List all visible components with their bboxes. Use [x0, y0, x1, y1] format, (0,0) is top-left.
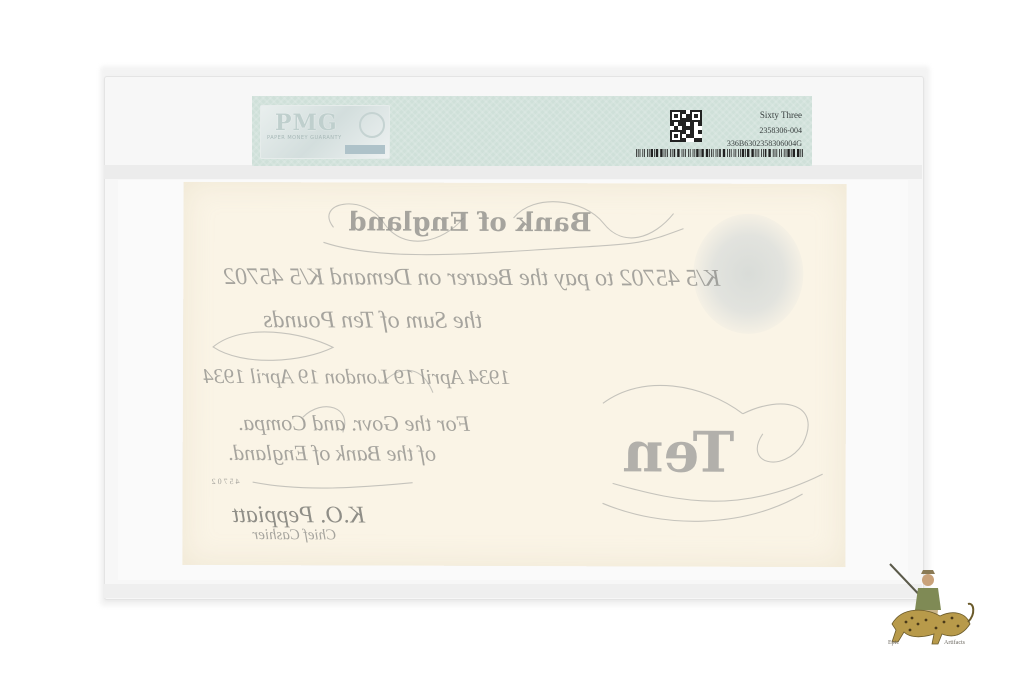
holder-seal-strip-bottom — [104, 584, 922, 598]
grading-label: PMG PAPER MONEY GUARANTY Sixty Three 235… — [252, 96, 812, 166]
date-line: 1934 April 19 London 19 April 1934 — [203, 364, 510, 390]
promise-line: K/5 45702 to pay the Bearer on Demand K/… — [223, 264, 720, 293]
hologram-bar — [345, 145, 385, 154]
hologram-seal-icon — [359, 112, 385, 138]
certification-number: 2358306-004 — [759, 126, 802, 135]
large-denomination-word: Ten — [623, 419, 735, 485]
for-line-1: For the Govr. and Compa. — [238, 410, 470, 437]
for-line-2: of the Bank of England. — [228, 440, 436, 467]
holder-seal-strip-top — [104, 165, 922, 179]
grade-text: Sixty Three — [760, 110, 802, 120]
bank-title: Bank of England — [348, 207, 591, 238]
small-serial-number: 45702 — [210, 477, 240, 486]
banknote: Bank of England K/5 45702 to pay the Bea… — [182, 182, 846, 567]
barcode-icon — [636, 149, 804, 157]
logo-text-left: Epic — [888, 640, 899, 646]
sum-line: the Sum of Ten Pounds — [263, 307, 482, 335]
signature: K.O. Peppiatt — [232, 502, 365, 529]
qr-code-icon — [670, 110, 702, 142]
pmg-hologram: PMG PAPER MONEY GUARANTY — [260, 105, 390, 159]
barcode-serial-text: 336B6302358306004G — [727, 139, 802, 148]
hologram-subtitle: PAPER MONEY GUARANTY — [267, 135, 342, 141]
logo-text-right: Artifacts — [944, 640, 965, 646]
grading-service-logo: PMG — [275, 110, 338, 136]
signature-title: Chief Cashier — [252, 527, 336, 544]
